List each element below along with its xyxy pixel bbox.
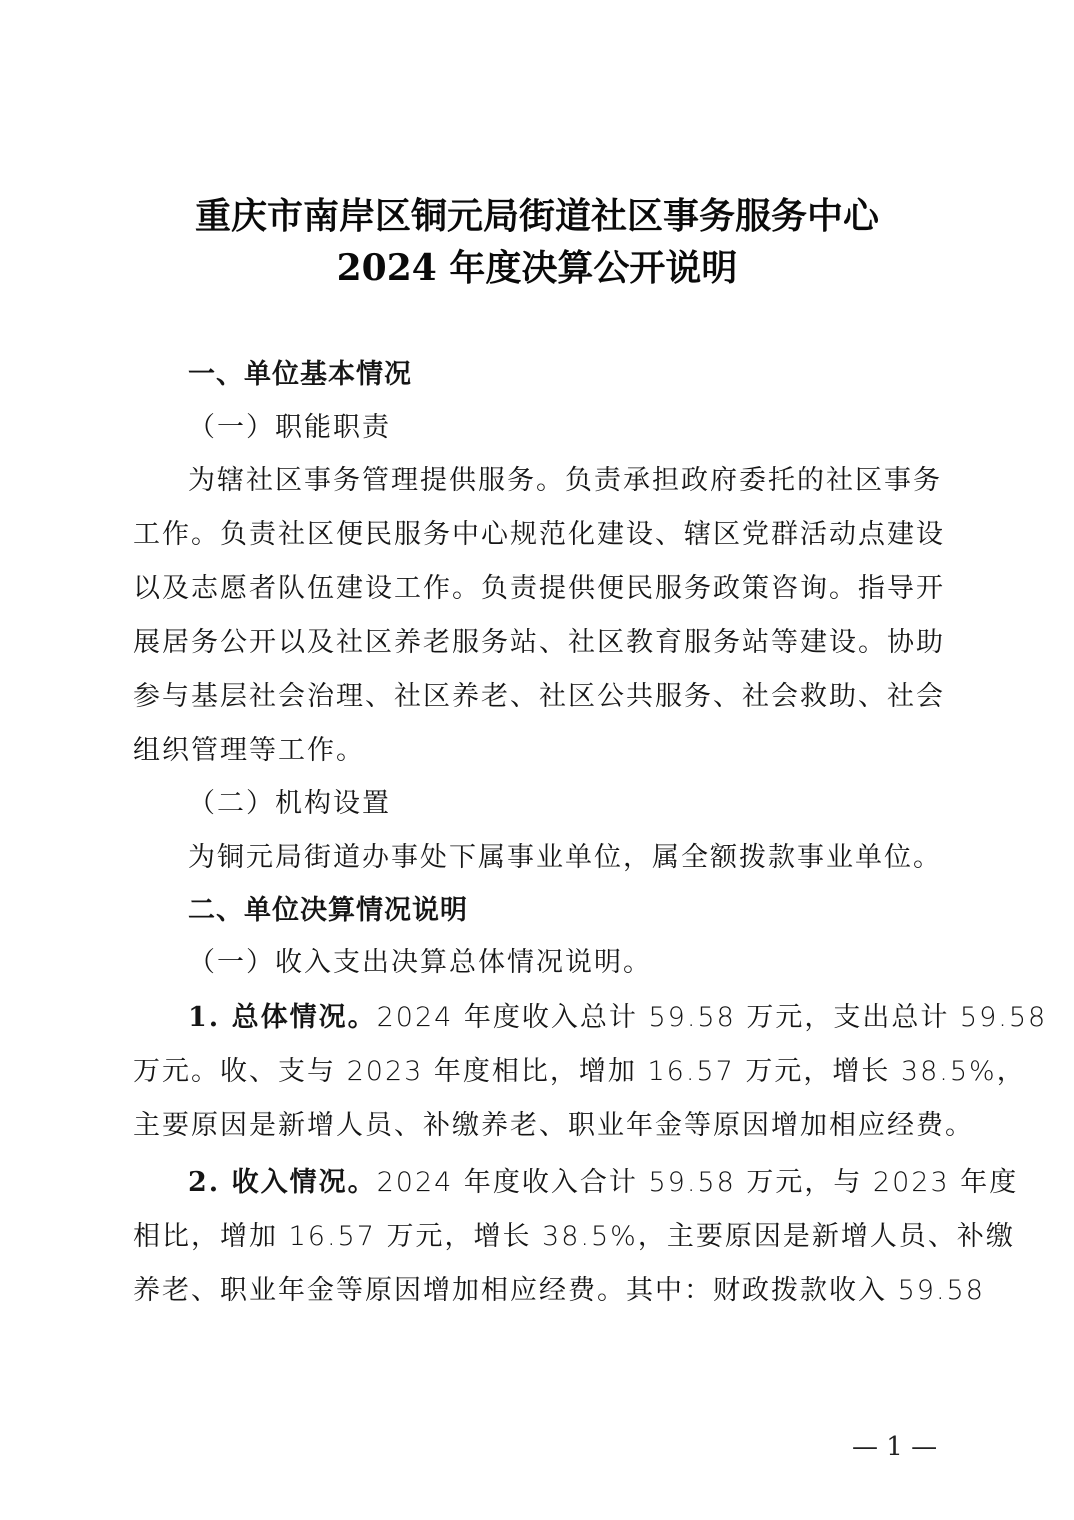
subsection-heading-functions: （一）职能职责 — [188, 410, 998, 446]
item-income-text: 2024 年度收入合计 59.58 万元，与 2023 年度 — [377, 1167, 1019, 1198]
section-heading-final-accounts: 二、单位决算情况说明 — [188, 893, 998, 929]
item-income-lead: 2. 收入情况。 — [188, 1167, 377, 1198]
subsection-heading-organization: （二）机构设置 — [188, 786, 998, 822]
subsection-heading-overall: （一）收入支出决算总体情况说明。 — [188, 945, 998, 981]
section-heading-basic-info: 一、单位基本情况 — [188, 357, 998, 393]
item-overall-line1: 1. 总体情况。2024 年度收入总计 59.58 万元，支出总计 59.58 — [188, 1000, 943, 1036]
paragraph-line: 为铜元局街道办事处下属事业单位，属全额拨款事业单位。 — [188, 840, 998, 876]
paragraph-line: 组织管理等工作。 — [133, 733, 943, 769]
document-title-line1: 重庆市南岸区铜元局街道社区事务服务中心 — [0, 188, 1074, 239]
document-page: 重庆市南岸区铜元局街道社区事务服务中心 2024 年度决算公开说明 一、单位基本… — [0, 0, 1074, 1520]
paragraph-line: 为辖社区事务管理提供服务。负责承担政府委托的社区事务 — [188, 463, 943, 499]
paragraph-line: 工作。负责社区便民服务中心规范化建设、辖区党群活动点建设 — [133, 517, 943, 553]
page-number: — 1 — — [852, 1432, 952, 1462]
paragraph-line: 万元。收、支与 2023 年度相比，增加 16.57 万元，增长 38.5%， — [133, 1054, 943, 1090]
paragraph-line: 参与基层社会治理、社区养老、社区公共服务、社会救助、社会 — [133, 679, 943, 715]
paragraph-line: 主要原因是新增人员、补缴养老、职业年金等原因增加相应经费。 — [133, 1108, 943, 1144]
document-title-line2: 2024 年度决算公开说明 — [0, 240, 1074, 291]
item-overall-text: 2024 年度收入总计 59.58 万元，支出总计 59.58 — [377, 1002, 1048, 1033]
paragraph-line: 展居务公开以及社区养老服务站、社区教育服务站等建设。协助 — [133, 625, 943, 661]
item-overall-lead: 1. 总体情况。 — [188, 1002, 377, 1033]
item-income-line1: 2. 收入情况。2024 年度收入合计 59.58 万元，与 2023 年度 — [188, 1165, 933, 1201]
paragraph-line: 以及志愿者队伍建设工作。负责提供便民服务政策咨询。指导开 — [133, 571, 943, 607]
paragraph-line: 养老、职业年金等原因增加相应经费。其中：财政拨款收入 59.58 — [133, 1273, 943, 1309]
paragraph-line: 相比，增加 16.57 万元，增长 38.5%，主要原因是新增人员、补缴 — [133, 1219, 943, 1255]
